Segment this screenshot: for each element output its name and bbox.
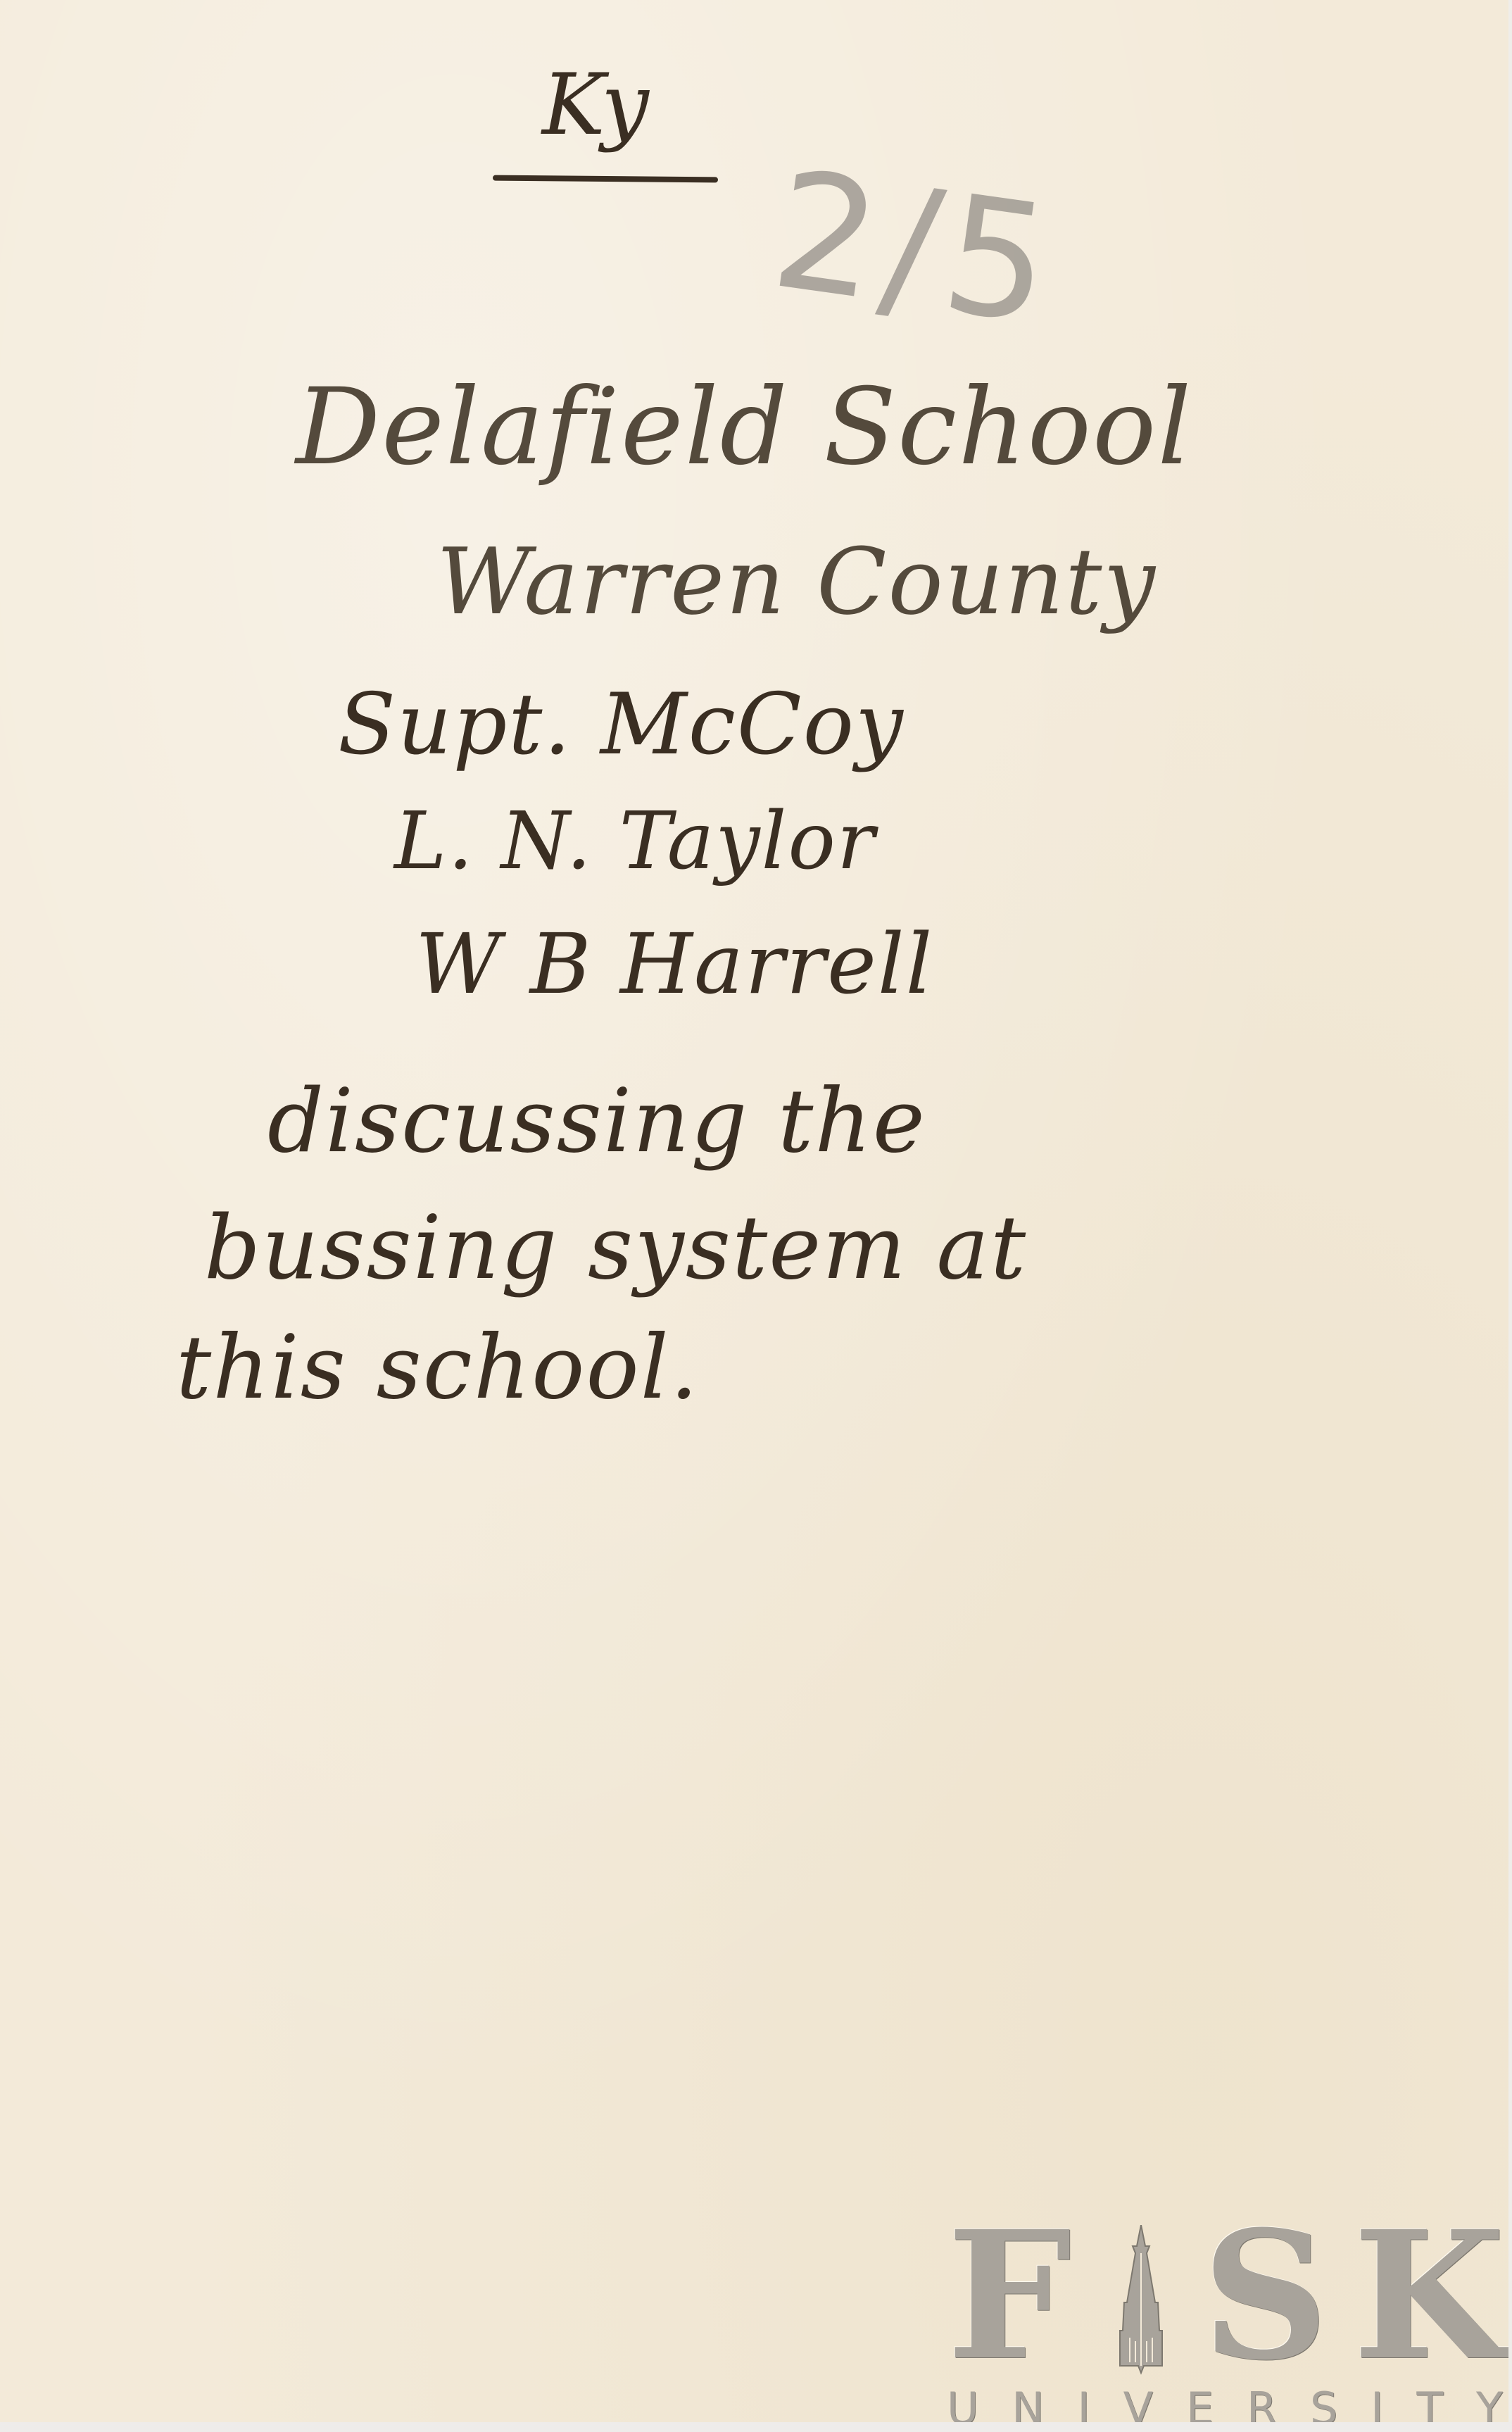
- bell-tower-spire-icon: [1113, 2225, 1169, 2380]
- logo-letter-s: S: [1202, 2211, 1326, 2380]
- fisk-university-logo: F I S K U N I V E R S I T Y: [947, 2211, 1503, 2422]
- school-name: Delafield School: [296, 366, 1192, 489]
- description-line-3: this school.: [176, 1317, 699, 1419]
- header-label: Ky: [542, 56, 650, 154]
- header-underline: [493, 175, 718, 183]
- logo-letter-k: K: [1353, 2211, 1503, 2380]
- pencil-annotation: 2/5: [762, 136, 1067, 361]
- logo-wordmark: F I S K: [947, 2211, 1503, 2380]
- description-line-2: bussing system at: [204, 1197, 1027, 1299]
- logo-letter-f: F: [947, 2211, 1069, 2380]
- county-name: Warren County: [436, 528, 1157, 635]
- description-line-1: discussing the: [267, 1070, 926, 1172]
- person-superintendent: Supt. McCoy: [338, 676, 905, 774]
- person-harrell: W B Harrell: [415, 915, 933, 1013]
- scan-edge-bottom: [0, 2422, 1512, 2432]
- person-taylor: L. N. Taylor: [394, 796, 876, 887]
- scan-edge-right: [1508, 0, 1512, 2432]
- document-page: Ky 2/5 Delafield School Warren County Su…: [0, 0, 1508, 2422]
